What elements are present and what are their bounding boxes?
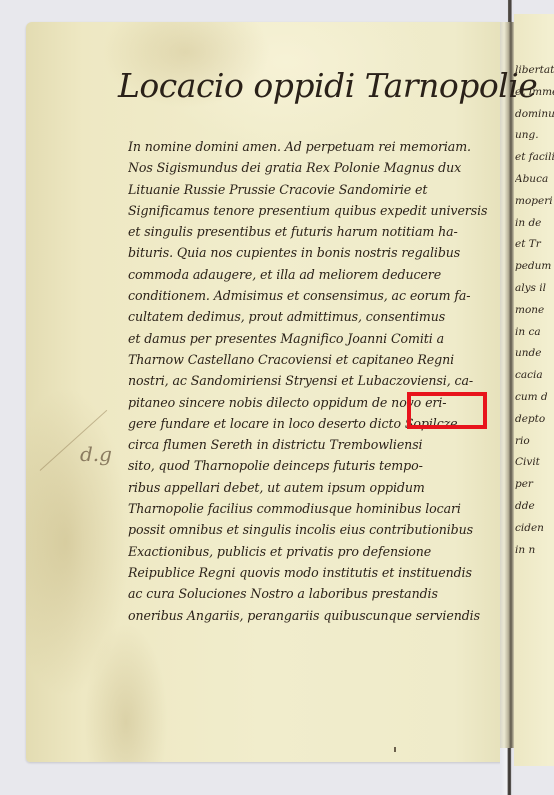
facing-text-line: alys il [515, 278, 554, 300]
facing-text-line: et Tr [515, 234, 554, 256]
text-line: conditionem. Admisimus et consensimus, a… [128, 285, 488, 306]
facing-text-line: depto [515, 409, 554, 431]
facing-text-line: pedum [515, 256, 554, 278]
facing-text-line: ung. [515, 125, 554, 147]
text-line: ribus appellari debet, ut autem ipsum op… [128, 477, 488, 498]
facing-text-line: in ca [515, 322, 554, 344]
text-line: Tharnow Castellano Cracoviensi et capita… [128, 349, 488, 370]
text-line: circa flumen Sereth in districtu Trembow… [128, 434, 488, 455]
facing-text-line: rio [515, 431, 554, 453]
text-line: oneribus Angariis, perangariis quibuscun… [128, 605, 488, 626]
text-line: Significamus tenore presentium quibus ex… [128, 200, 488, 221]
text-line: Tharnopolie facilius commodiusque homini… [128, 498, 488, 519]
gutter-top-edge [500, 0, 514, 22]
manuscript-title: Locacio oppidi Tarnopolie [118, 66, 488, 105]
margin-annotation: d.g [80, 442, 112, 466]
facing-text-line: ciden [515, 518, 554, 540]
facing-text-line: unde [515, 343, 554, 365]
facing-text-line: per [515, 474, 554, 496]
text-line: cultatem dedimus, prout admittimus, cons… [128, 306, 488, 327]
facing-text-line: in de [515, 213, 554, 235]
facing-text-line: cum d [515, 387, 554, 409]
parchment-speck [394, 747, 396, 752]
text-line: possit omnibus et singulis incolis eius … [128, 519, 488, 540]
manuscript-text: In nomine domini amen. Ad perpetuam rei … [128, 136, 488, 626]
text-line: Lituanie Russie Prussie Cracovie Sandomi… [128, 179, 488, 200]
text-line: Reipublice Regni quovis modo institutis … [128, 562, 488, 583]
document-viewer: Locacio oppidi Tarnopolie In nomine domi… [0, 0, 554, 795]
facing-text-line: dominum [515, 104, 554, 126]
facing-text-line: cacia [515, 365, 554, 387]
text-line: nostri, ac Sandomiriensi Stryensi et Lub… [128, 370, 488, 391]
gutter-bottom-edge [500, 748, 514, 795]
text-line: Nos Sigismundus dei gratia Rex Polonie M… [128, 157, 488, 178]
facing-text-line: Civit [515, 452, 554, 474]
text-line: bituris. Quia nos cupientes in bonis nos… [128, 242, 488, 263]
facing-text-line: et facili [515, 147, 554, 169]
facing-text-line: dde [515, 496, 554, 518]
text-line: ac cura Soluciones Nostro a laboribus pr… [128, 583, 488, 604]
facing-text-line: Abuca [515, 169, 554, 191]
facing-text-line: mone [515, 300, 554, 322]
facing-text-line: et immedi [515, 82, 554, 104]
book-gutter [500, 0, 514, 795]
text-line: In nomine domini amen. Ad perpetuam rei … [128, 136, 488, 157]
facing-text-line: in n [515, 540, 554, 562]
text-line: commoda adaugere, et illa ad meliorem de… [128, 264, 488, 285]
highlighted-word-box[interactable] [407, 392, 487, 429]
text-line: sito, quod Tharnopolie deinceps futuris … [128, 455, 488, 476]
text-line: et singulis presentibus et futuris harum… [128, 221, 488, 242]
text-line: Exactionibus, publicis et privatis pro d… [128, 541, 488, 562]
text-line: et damus per presentes Magnifico Joanni … [128, 328, 488, 349]
facing-page-text: libertate et immedi dominum ung. et faci… [515, 60, 554, 561]
facing-text-line: libertate [515, 60, 554, 82]
facing-text-line: moperi [515, 191, 554, 213]
